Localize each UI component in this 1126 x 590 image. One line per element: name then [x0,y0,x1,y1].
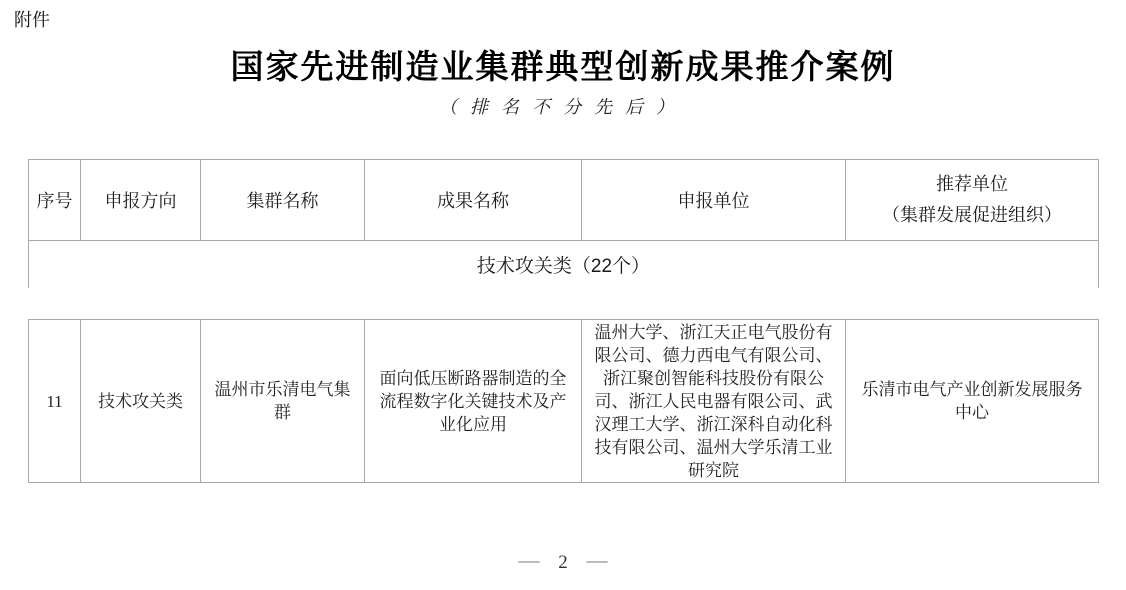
header-recommender-line2: （集群发展促进组织） [846,200,1098,231]
header-recommender-unit: 推荐单位 （集群发展促进组织） [846,160,1099,241]
section-row-label: 技术攻关类（22个） [29,241,1099,289]
cell-applicant-units: 温州大学、浙江天正电气股份有限公司、德力西电气有限公司、浙江聚创智能科技股份有限… [582,320,846,483]
header-cluster-name: 集群名称 [201,160,365,241]
page-subtitle: （排名不分先后） [0,93,1126,119]
document-page: 附件 国家先进制造业集群典型创新成果推介案例 （排名不分先后） 序号 申报方向 … [0,0,1126,590]
table-header-row: 序号 申报方向 集群名称 成果名称 申报单位 推荐单位 （集群发展促进组织） [29,160,1099,241]
cell-achievement-name: 面向低压断路器制造的全流程数字化关键技术及产业化应用 [365,320,582,483]
table-row: 11 技术攻关类 温州市乐清电气集群 面向低压断路器制造的全流程数字化关键技术及… [29,320,1099,483]
section-row: 技术攻关类（22个） [29,241,1099,289]
page-title: 国家先进制造业集群典型创新成果推介案例 [0,41,1126,88]
footer-dash-right: — [585,548,610,572]
header-recommender-line1: 推荐单位 [846,169,1098,200]
table-data-block: 11 技术攻关类 温州市乐清电气集群 面向低压断路器制造的全流程数字化关键技术及… [28,319,1099,483]
cell-seq: 11 [29,320,81,483]
header-applicant-unit: 申报单位 [582,160,846,241]
table-header-block: 序号 申报方向 集群名称 成果名称 申报单位 推荐单位 （集群发展促进组织） 技… [28,159,1099,288]
header-direction: 申报方向 [81,160,201,241]
header-achievement-name: 成果名称 [365,160,582,241]
cell-direction: 技术攻关类 [81,320,201,483]
cell-cluster-name: 温州市乐清电气集群 [201,320,365,483]
header-seq: 序号 [29,160,81,241]
cell-recommender-unit: 乐清市电气产业创新发展服务中心 [846,320,1099,483]
footer-dash-left: — [517,548,542,572]
footer-page-number: 2 [546,552,580,573]
attachment-label: 附件 [14,6,50,32]
page-footer: — 2 — [0,548,1126,574]
